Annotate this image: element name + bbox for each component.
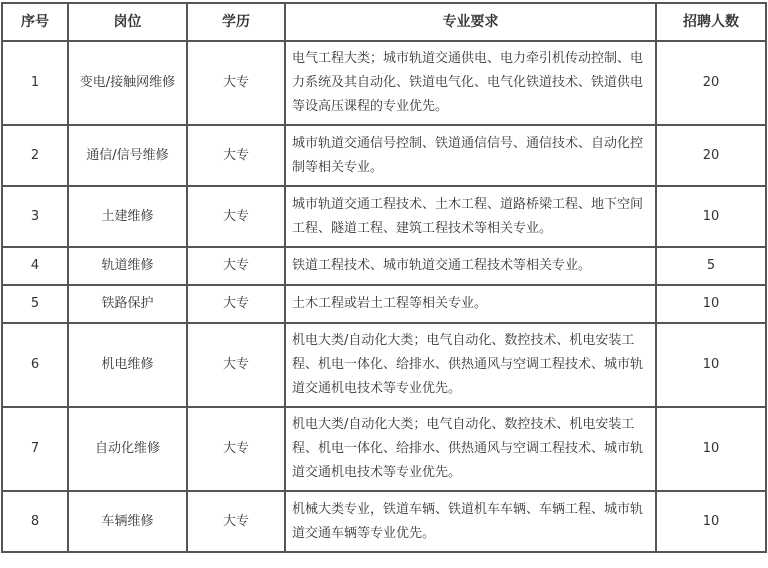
cell-count: 20 [656, 125, 766, 186]
table-row: 6 机电维修 大专 机电大类/自动化大类；电气自动化、数控技术、机电安装工程、机… [2, 323, 766, 407]
header-education: 学历 [187, 3, 285, 41]
header-row: 序号 岗位 学历 专业要求 招聘人数 [2, 3, 766, 41]
header-count: 招聘人数 [656, 3, 766, 41]
cell-count: 10 [656, 491, 766, 552]
cell-count: 10 [656, 285, 766, 323]
cell-no: 2 [2, 125, 68, 186]
cell-position: 机电维修 [68, 323, 187, 407]
cell-no: 3 [2, 186, 68, 247]
cell-education: 大专 [187, 491, 285, 552]
recruitment-table: 序号 岗位 学历 专业要求 招聘人数 1 变电/接触网维修 大专 电气工程大类；… [1, 2, 767, 553]
cell-position: 轨道维修 [68, 247, 187, 285]
cell-education: 大专 [187, 285, 285, 323]
cell-count: 5 [656, 247, 766, 285]
header-requirement: 专业要求 [285, 3, 656, 41]
table-row: 5 铁路保护 大专 土木工程或岩土工程等相关专业。 10 [2, 285, 766, 323]
cell-position: 通信/信号维修 [68, 125, 187, 186]
cell-no: 1 [2, 41, 68, 125]
cell-requirement: 机电大类/自动化大类；电气自动化、数控技术、机电安装工程、机电一体化、给排水、供… [285, 407, 656, 491]
cell-position: 变电/接触网维修 [68, 41, 187, 125]
cell-no: 5 [2, 285, 68, 323]
cell-no: 4 [2, 247, 68, 285]
cell-education: 大专 [187, 41, 285, 125]
cell-requirement: 机电大类/自动化大类；电气自动化、数控技术、机电安装工程、机电一体化、给排水、供… [285, 323, 656, 407]
cell-education: 大专 [187, 407, 285, 491]
cell-position: 铁路保护 [68, 285, 187, 323]
cell-education: 大专 [187, 323, 285, 407]
cell-no: 8 [2, 491, 68, 552]
cell-education: 大专 [187, 247, 285, 285]
table-row: 4 轨道维修 大专 铁道工程技术、城市轨道交通工程技术等相关专业。 5 [2, 247, 766, 285]
cell-no: 6 [2, 323, 68, 407]
cell-count: 10 [656, 186, 766, 247]
table-row: 1 变电/接触网维修 大专 电气工程大类；城市轨道交通供电、电力牵引机传动控制、… [2, 41, 766, 125]
cell-count: 20 [656, 41, 766, 125]
cell-no: 7 [2, 407, 68, 491]
cell-education: 大专 [187, 125, 285, 186]
cell-position: 车辆维修 [68, 491, 187, 552]
cell-requirement: 土木工程或岩土工程等相关专业。 [285, 285, 656, 323]
cell-position: 土建维修 [68, 186, 187, 247]
cell-requirement: 城市轨道交通信号控制、铁道通信信号、通信技术、自动化控制等相关专业。 [285, 125, 656, 186]
cell-education: 大专 [187, 186, 285, 247]
cell-requirement: 城市轨道交通工程技术、土木工程、道路桥梁工程、地下空间工程、隧道工程、建筑工程技… [285, 186, 656, 247]
table-row: 8 车辆维修 大专 机械大类专业，铁道车辆、铁道机车车辆、车辆工程、城市轨道交通… [2, 491, 766, 552]
cell-requirement: 电气工程大类；城市轨道交通供电、电力牵引机传动控制、电力系统及其自动化、铁道电气… [285, 41, 656, 125]
table-row: 3 土建维修 大专 城市轨道交通工程技术、土木工程、道路桥梁工程、地下空间工程、… [2, 186, 766, 247]
table-row: 2 通信/信号维修 大专 城市轨道交通信号控制、铁道通信信号、通信技术、自动化控… [2, 125, 766, 186]
header-no: 序号 [2, 3, 68, 41]
cell-requirement: 铁道工程技术、城市轨道交通工程技术等相关专业。 [285, 247, 656, 285]
cell-count: 10 [656, 323, 766, 407]
cell-requirement: 机械大类专业，铁道车辆、铁道机车车辆、车辆工程、城市轨道交通车辆等专业优先。 [285, 491, 656, 552]
cell-count: 10 [656, 407, 766, 491]
cell-position: 自动化维修 [68, 407, 187, 491]
table-row: 7 自动化维修 大专 机电大类/自动化大类；电气自动化、数控技术、机电安装工程、… [2, 407, 766, 491]
header-position: 岗位 [68, 3, 187, 41]
